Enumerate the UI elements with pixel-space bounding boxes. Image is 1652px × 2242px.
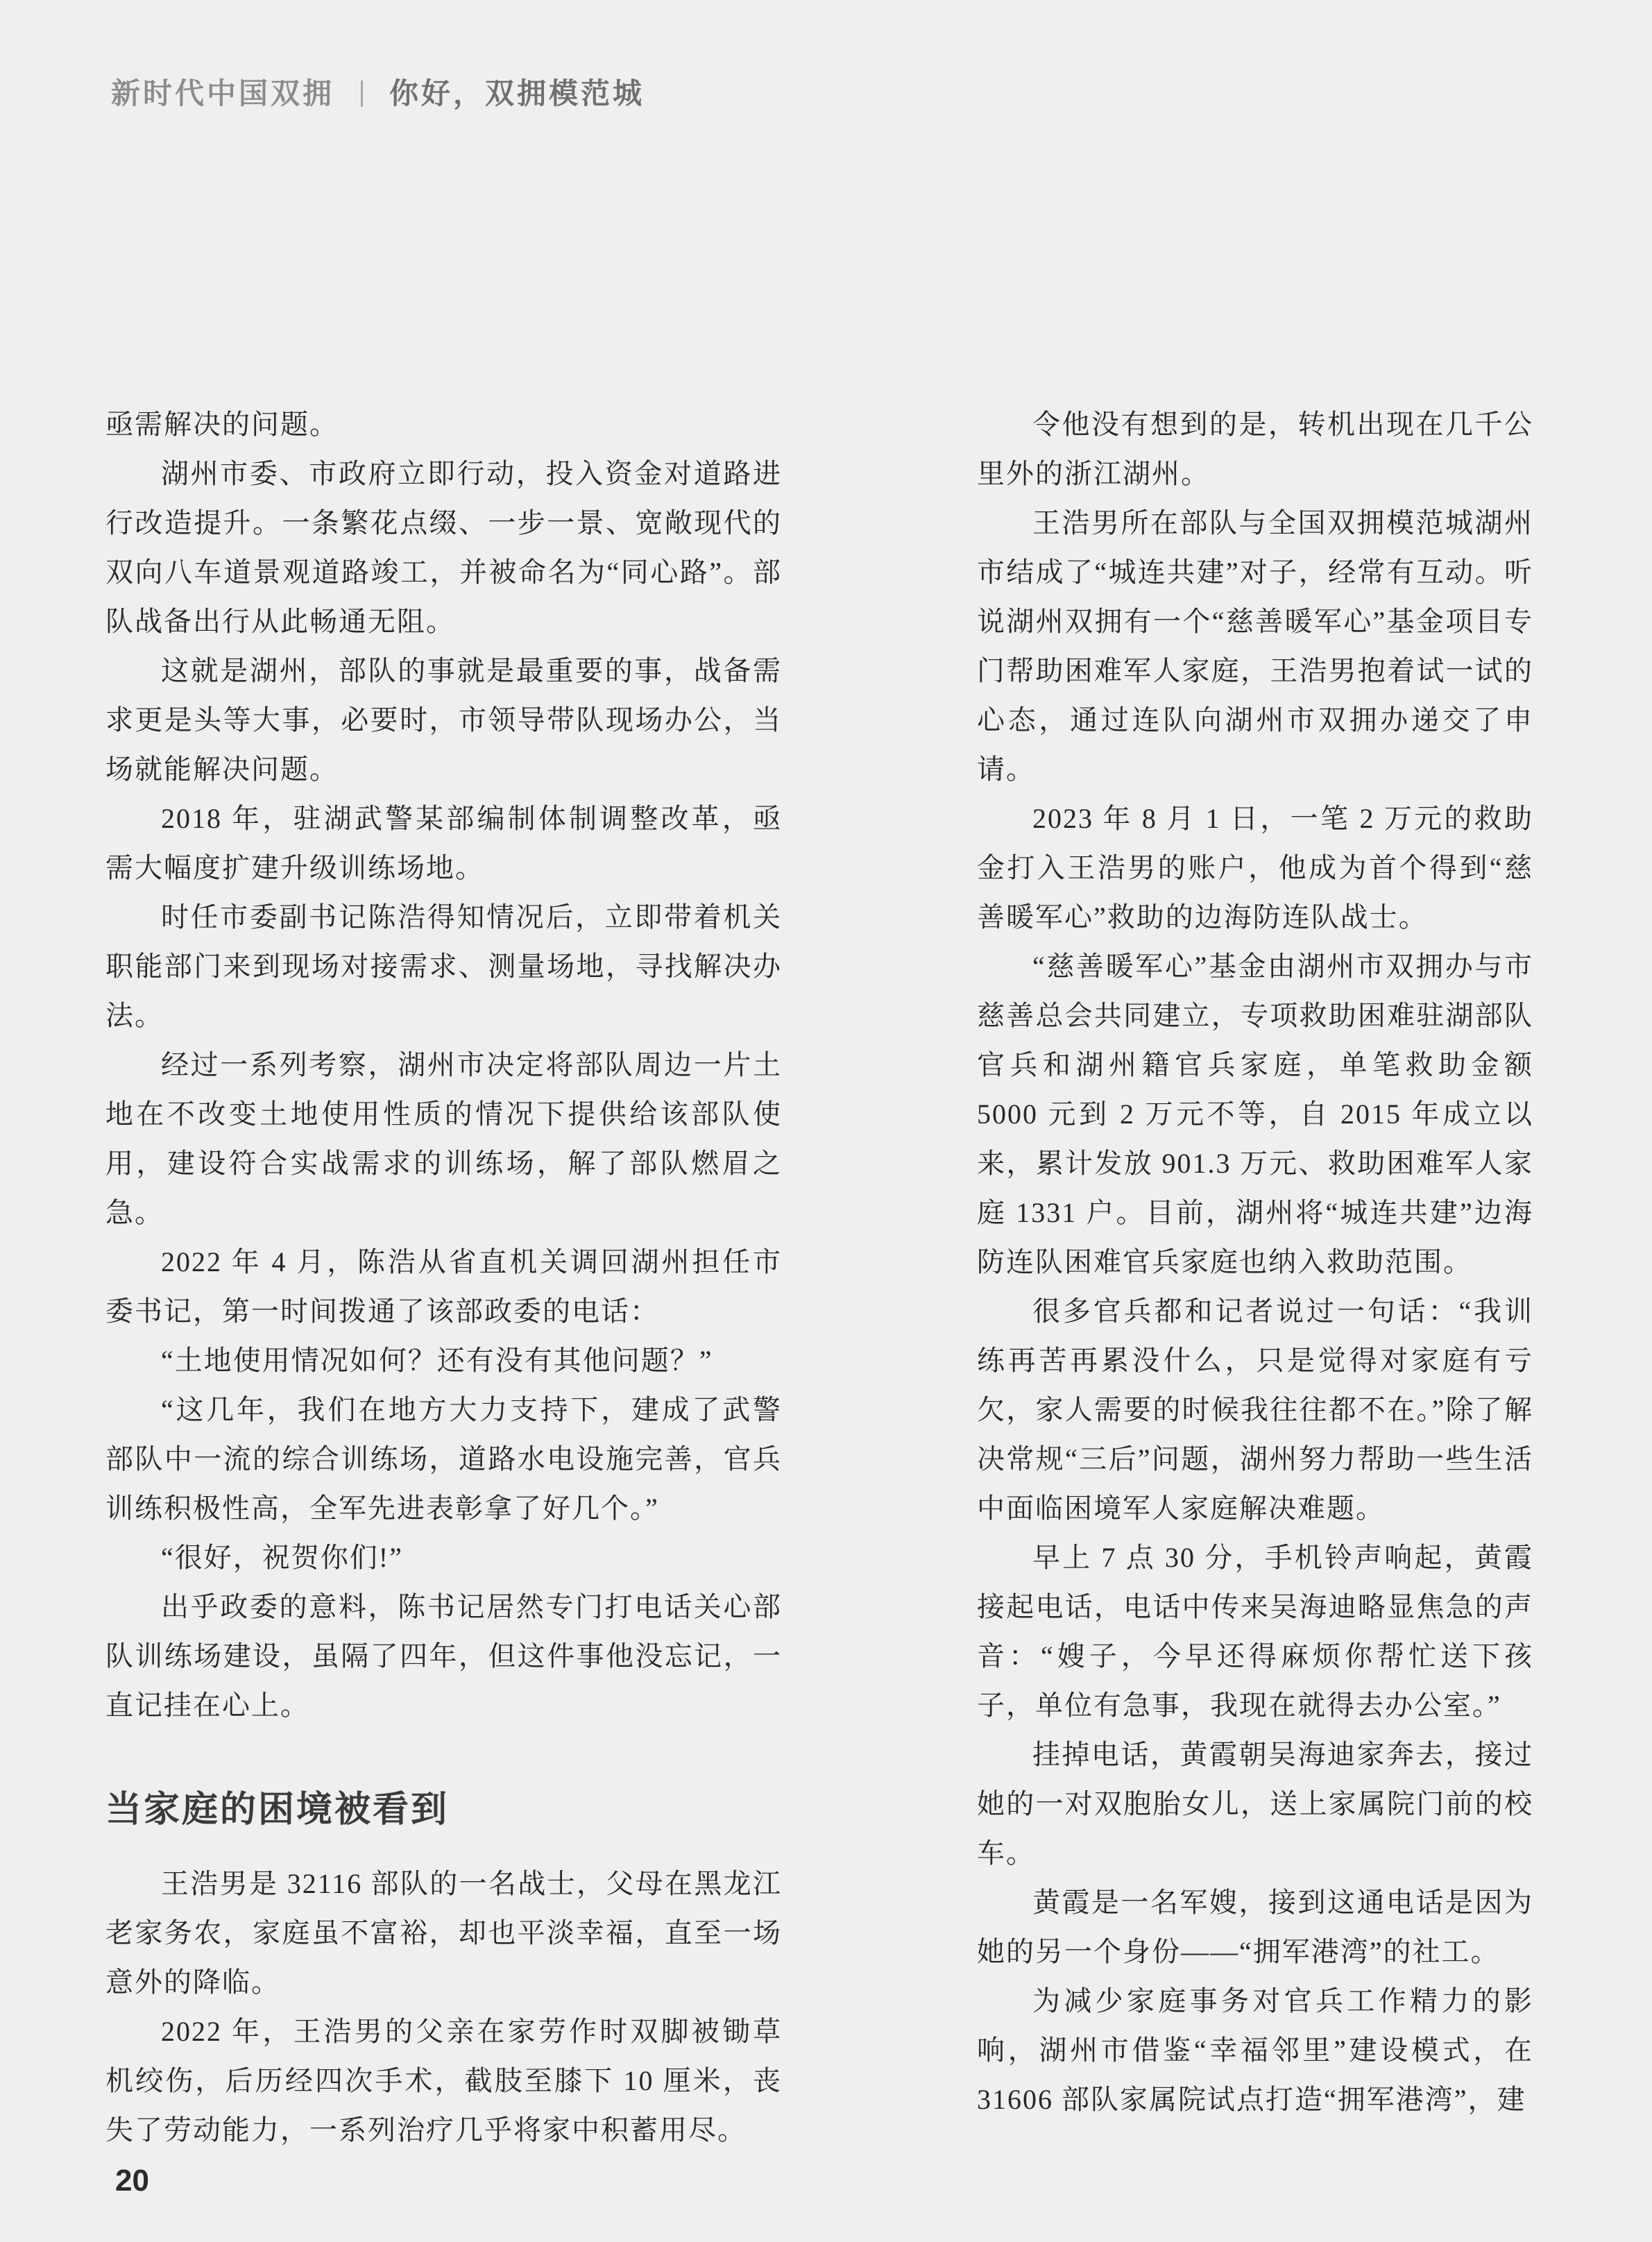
paragraph: 2022 年 4 月，陈浩从省直机关调回湖州担任市委书记，第一时间拨通了该部政委… (105, 1237, 782, 1336)
page-header: 新时代中国双拥 你好，双拥模范城 (111, 78, 645, 110)
paragraph: “很好，祝贺你们!” (105, 1533, 782, 1582)
paragraph: 黄霞是一名军嫂，接到这通电话是因为她的另一个身份——“拥军港湾”的社工。 (977, 1878, 1533, 1976)
paragraph: 2022 年，王浩男的父亲在家劳作时双脚被锄草机绞伤，后历经四次手术，截肢至膝下… (105, 2007, 782, 2155)
paragraph: 早上 7 点 30 分，手机铃声响起，黄霞接起电话，电话中传来吴海迪略显焦急的声… (977, 1533, 1533, 1730)
section-heading: 当家庭的困境被看到 (105, 1785, 782, 1834)
left-column: 亟需解决的问题。湖州市委、市政府立即行动，投入资金对道路进行改造提升。一条繁花点… (105, 400, 782, 2155)
paragraph: 王浩男是 32116 部队的一名战士，父母在黑龙江老家务农，家庭虽不富裕，却也平… (105, 1859, 782, 2007)
paragraph: 经过一系列考察，湖州市决定将部队周边一片土地在不改变土地使用性质的情况下提供给该… (105, 1040, 782, 1237)
header-article-label: 你好，双拥模范城 (389, 78, 645, 110)
paragraph: 挂掉电话，黄霞朝吴海迪家奔去，接过她的一对双胞胎女儿，送上家属院门前的校车。 (977, 1730, 1533, 1878)
page-number: 20 (115, 2164, 149, 2198)
paragraph: “这几年，我们在地方大力支持下，建成了武警部队中一流的综合训练场，道路水电设施完… (105, 1385, 782, 1533)
paragraph: 很多官兵都和记者说过一句话：“我训练再苦再累没什么，只是觉得对家庭有亏欠，家人需… (977, 1286, 1533, 1533)
paragraph: 湖州市委、市政府立即行动，投入资金对道路进行改造提升。一条繁花点缀、一步一景、宽… (105, 449, 782, 646)
paragraph: 2023 年 8 月 1 日，一笔 2 万元的救助金打入王浩男的账户，他成为首个… (977, 794, 1533, 942)
paragraph: 时任市委副书记陈浩得知情况后，立即带着机关职能部门来到现场对接需求、测量场地，寻… (105, 892, 782, 1040)
header-section-label: 新时代中国双拥 (111, 78, 334, 110)
paragraph: 这就是湖州，部队的事就是最重要的事，战备需求更是头等大事，必要时，市领导带队现场… (105, 646, 782, 794)
magazine-page: 新时代中国双拥 你好，双拥模范城 亟需解决的问题。湖州市委、市政府立即行动，投入… (0, 0, 1652, 2242)
paragraph: “慈善暖军心”基金由湖州市双拥办与市慈善总会共同建立，专项救助困难驻湖部队官兵和… (977, 942, 1533, 1286)
paragraph: 王浩男所在部队与全国双拥模范城湖州市结成了“城连共建”对子，经常有互动。听说湖州… (977, 498, 1533, 794)
header-divider (361, 80, 363, 107)
paragraph: 为减少家庭事务对官兵工作精力的影响，湖州市借鉴“幸福邻里”建设模式，在 3160… (977, 1976, 1533, 2124)
paragraph: 亟需解决的问题。 (105, 400, 782, 449)
paragraph: “土地使用情况如何？还有没有其他问题？” (105, 1336, 782, 1385)
paragraph: 2018 年，驻湖武警某部编制体制调整改革，亟需大幅度扩建升级训练场地。 (105, 794, 782, 892)
paragraph: 出乎政委的意料，陈书记居然专门打电话关心部队训练场建设，虽隔了四年，但这件事他没… (105, 1582, 782, 1730)
right-column: 令他没有想到的是，转机出现在几千公里外的浙江湖州。王浩男所在部队与全国双拥模范城… (977, 400, 1533, 2124)
paragraph: 令他没有想到的是，转机出现在几千公里外的浙江湖州。 (977, 400, 1533, 498)
